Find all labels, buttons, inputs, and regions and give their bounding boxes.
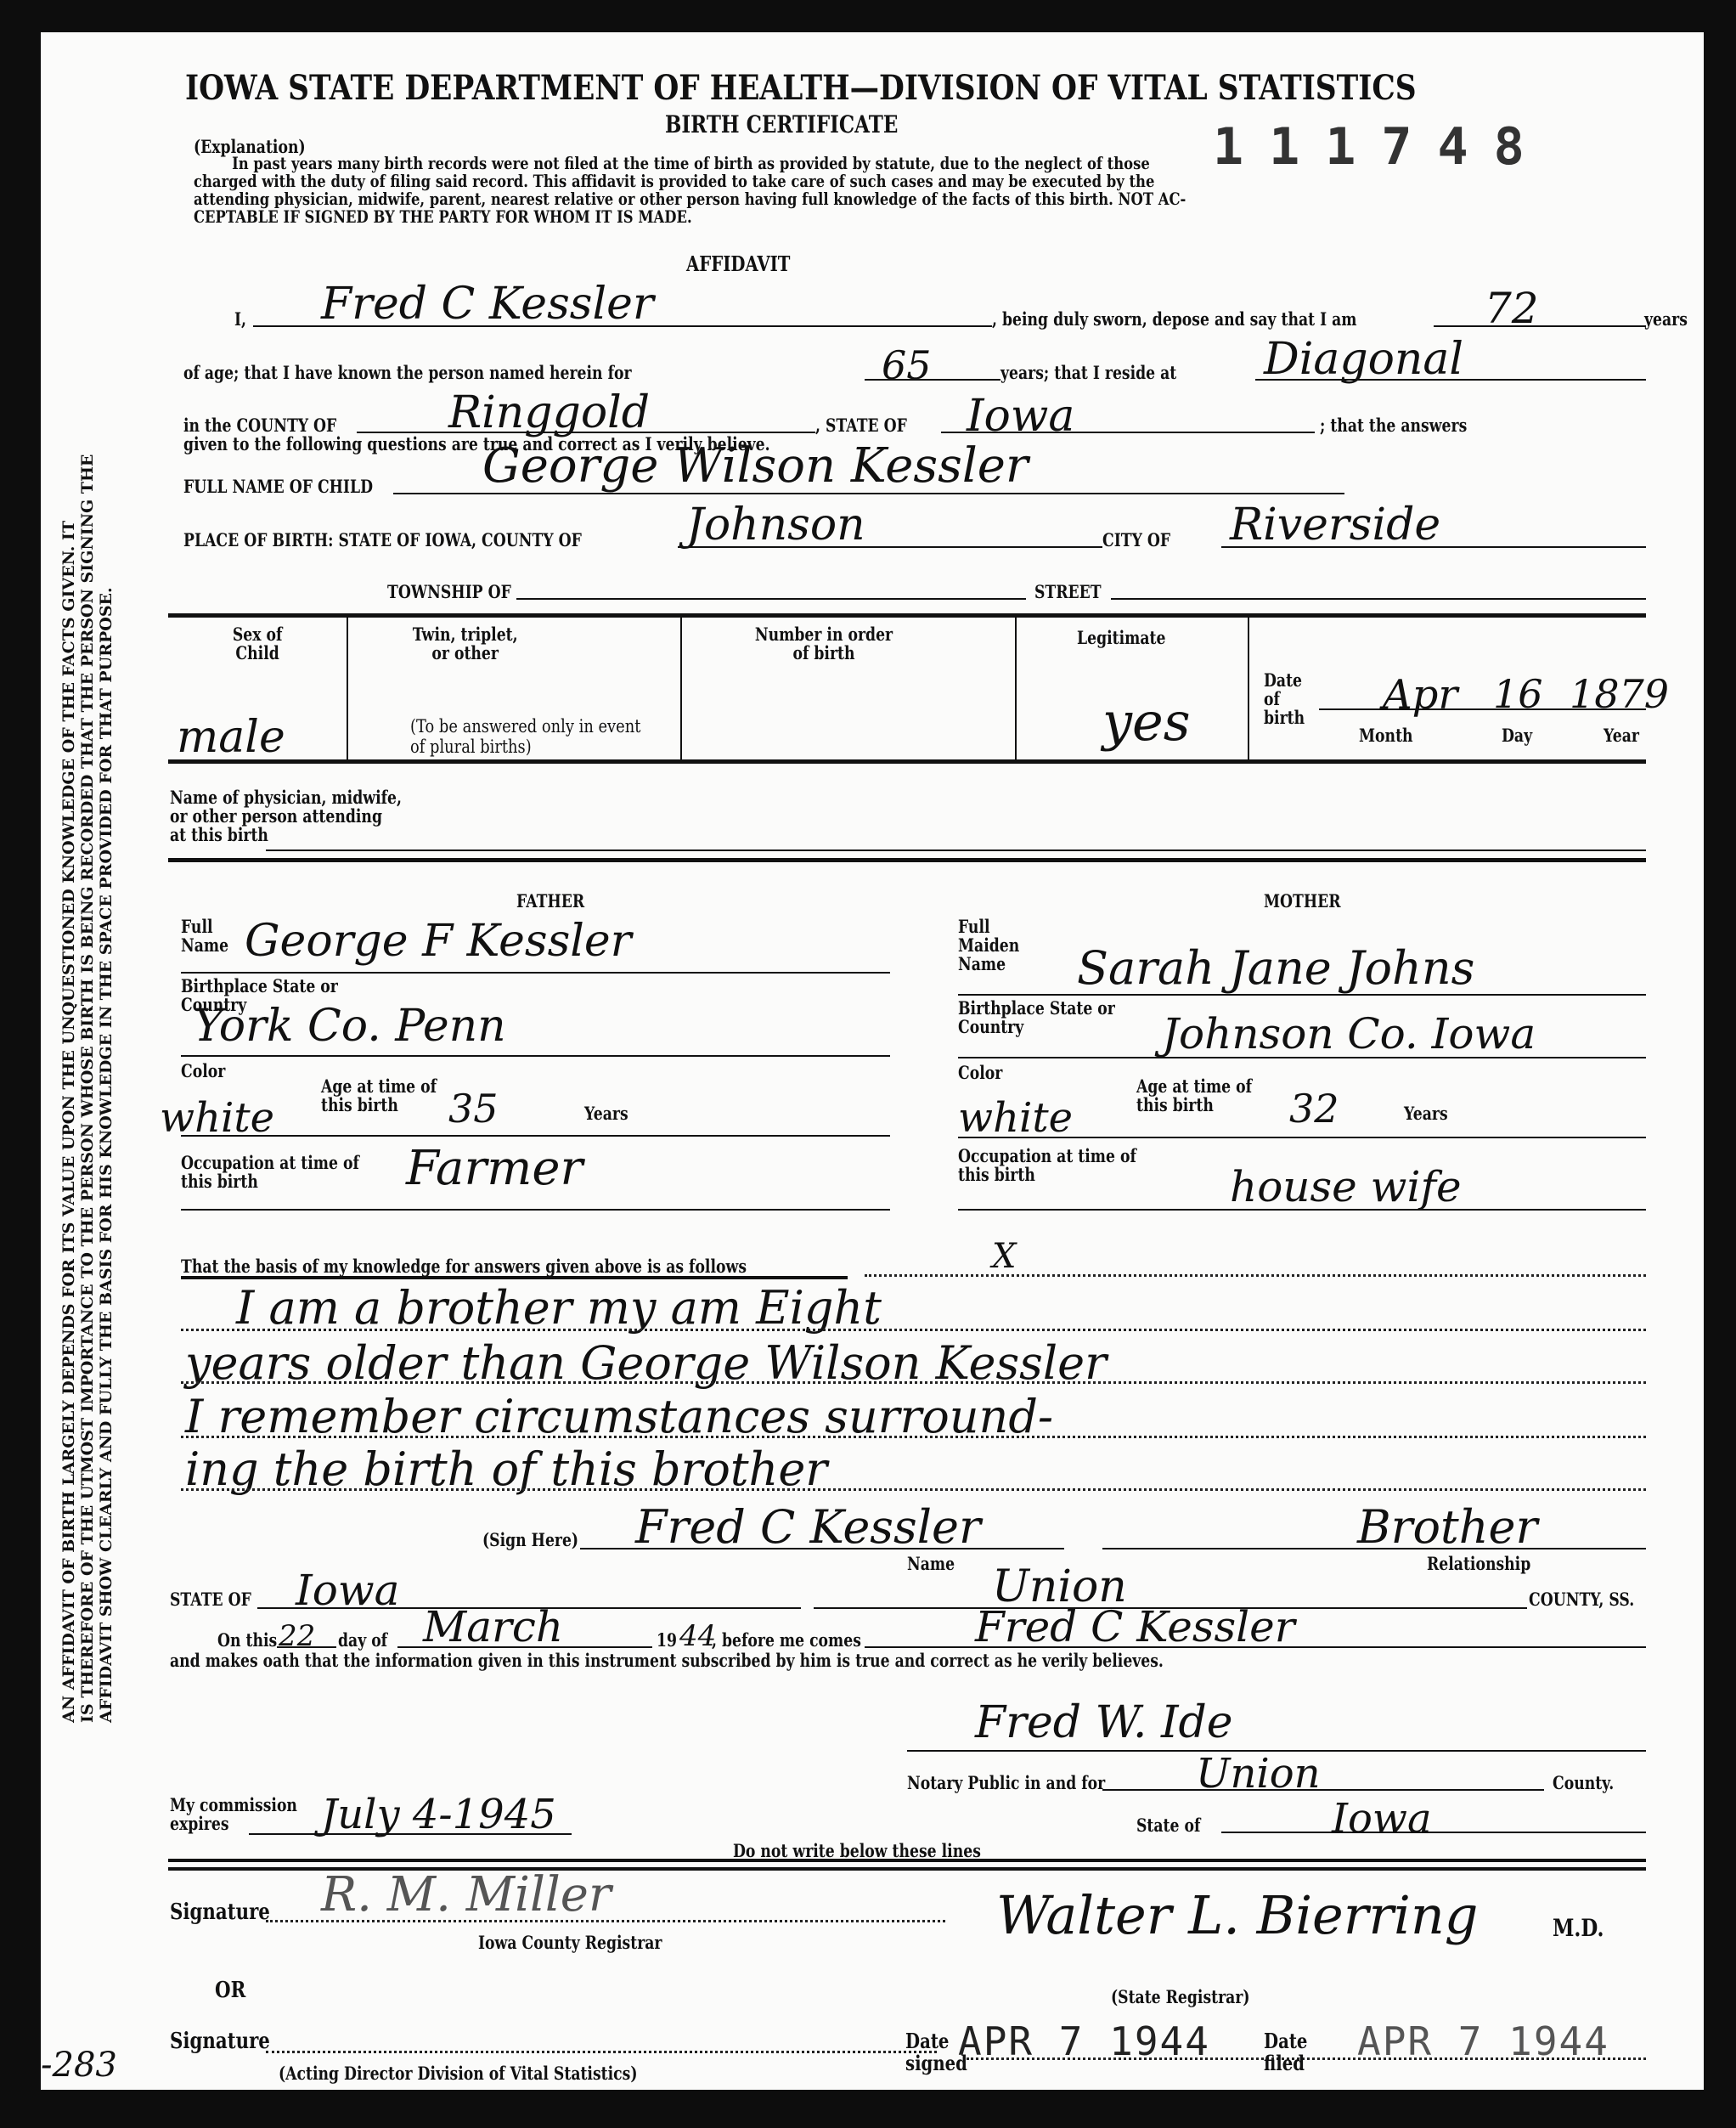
knowledge-label: That the basis of my knowledge for answe… xyxy=(181,1256,747,1277)
relationship-value[interactable]: Brother xyxy=(1357,1500,1537,1554)
explanation-line: charged with the duty of filing said rec… xyxy=(194,172,1677,190)
place-label: PLACE OF BIRTH: STATE OF IOWA, COUNTY OF xyxy=(183,529,582,550)
sex-label-text: Sex of Child xyxy=(219,625,296,663)
mother-color-label: Color xyxy=(958,1062,1002,1083)
physician-label-line: at this birth xyxy=(170,826,402,844)
years-known[interactable]: 65 xyxy=(882,342,932,388)
date-signed-stamp: APR 7 1944 xyxy=(958,2018,1210,2064)
knowledge-line-1[interactable]: I am a brother my am Eight xyxy=(236,1281,882,1335)
registrar-signature-label: Signature xyxy=(170,1899,270,1925)
day-label: Day xyxy=(1502,725,1532,746)
mother-name-label: Full Maiden Name xyxy=(958,917,1014,974)
father-occupation[interactable]: Farmer xyxy=(406,1141,583,1196)
oath-day[interactable]: 22 xyxy=(279,1619,315,1653)
director-signature-label: Signature xyxy=(170,2029,270,2054)
physician-label-line: Name of physician, midwife, xyxy=(170,788,402,807)
child-sex[interactable]: male xyxy=(177,712,285,763)
mother-birthplace[interactable]: Johnson Co. Iowa xyxy=(1162,1009,1536,1058)
state-label: , STATE OF xyxy=(815,415,907,436)
legitimate-value[interactable]: yes xyxy=(1102,691,1191,753)
date-filed-stamp: APR 7 1944 xyxy=(1357,2018,1609,2064)
margin-note: -283 xyxy=(41,2046,117,2085)
mother-occupation[interactable]: house wife xyxy=(1230,1162,1462,1211)
affiant-name[interactable]: Fred C Kessler xyxy=(321,279,654,330)
city-label: CITY OF xyxy=(1102,529,1170,550)
father-birthplace[interactable]: York Co. Penn xyxy=(194,1001,506,1052)
father-age[interactable]: 35 xyxy=(448,1086,499,1132)
child-full-name[interactable]: George Wilson Kessler xyxy=(482,438,1029,494)
answers-text: ; that the answers xyxy=(1320,415,1467,436)
affiant-signature[interactable]: Fred C Kessler xyxy=(635,1500,981,1554)
mother-color[interactable]: white xyxy=(958,1094,1073,1142)
residence[interactable]: Diagonal xyxy=(1264,334,1463,385)
reside-text: years; that I reside at xyxy=(1000,362,1176,383)
mother-occupation-label: Occupation at time of this birth xyxy=(958,1147,1139,1184)
side-note-line: AFFIDAVIT SHOW CLEARLY AND FULLY THE BAS… xyxy=(97,454,116,1723)
father-age-label: Age at time of this birth xyxy=(321,1077,447,1115)
notary-state[interactable]: Iowa xyxy=(296,1566,399,1615)
dob-month[interactable]: Apr xyxy=(1383,671,1457,719)
twin-label: Twin, triplet, or other xyxy=(406,625,524,663)
county-registrar-label: Iowa County Registrar xyxy=(478,1932,662,1953)
notary-for-county[interactable]: Union xyxy=(1196,1750,1321,1798)
father-name-label: Full Name xyxy=(181,917,223,955)
notary-state-of-label: State of xyxy=(1136,1815,1200,1836)
sworn-text: , being duly sworn, depose and say that … xyxy=(992,308,1357,330)
county-word: County. xyxy=(1553,1772,1614,1793)
acting-director-label: (Acting Director Division of Vital Stati… xyxy=(279,2063,638,2084)
mother-heading: MOTHER xyxy=(1264,890,1341,912)
twin-note: (To be answered only in event of plural … xyxy=(410,716,649,757)
known-text: of age; that I have known the person nam… xyxy=(183,362,632,383)
father-name[interactable]: George F Kessler xyxy=(245,916,632,967)
father-color-label: Color xyxy=(181,1060,225,1081)
date-signed-label: Date signed xyxy=(905,2030,947,2074)
commission-expires[interactable]: July 4-1945 xyxy=(321,1791,556,1838)
order-label-text: Number in order of birth xyxy=(754,625,893,663)
explanation-text: In past years many birth records were no… xyxy=(194,155,1677,226)
sex-label: Sex of Child xyxy=(219,625,296,663)
legit-label: Legitimate xyxy=(1077,627,1165,648)
mother-name[interactable]: Sarah Jane Johns xyxy=(1077,941,1474,995)
affiant-state[interactable]: Iowa xyxy=(967,391,1074,442)
mother-age[interactable]: 32 xyxy=(1289,1086,1339,1132)
date-filed-label: Date filed xyxy=(1264,2030,1305,2074)
signature-name-label: Name xyxy=(907,1553,955,1574)
dob-label: Date of birth xyxy=(1264,671,1312,727)
or-label: OR xyxy=(215,1978,245,2003)
side-note-line: IS THEREFORE OF THE UTMOST IMPORTANCE TO… xyxy=(78,454,97,1723)
birth-city[interactable]: Riverside xyxy=(1230,500,1440,550)
state-registrar-label: (State Registrar) xyxy=(1111,1986,1250,2007)
mother-age-label: Age at time of this birth xyxy=(1136,1077,1262,1115)
county-registrar-signature[interactable]: R. M. Miller xyxy=(321,1867,612,1922)
explanation-line: attending physician, midwife, parent, ne… xyxy=(194,190,1677,208)
side-note-line: AN AFFIDAVIT OF BIRTH LARGELY DEPENDS FO… xyxy=(59,454,78,1723)
oath-year[interactable]: 44 xyxy=(679,1619,716,1653)
month-label: Month xyxy=(1359,725,1413,746)
birth-county[interactable]: Johnson xyxy=(686,500,865,550)
notary-public-label: Notary Public in and for xyxy=(907,1772,1105,1793)
mother-birthplace-label: Birthplace State or Country xyxy=(958,999,1125,1036)
knowledge-mark: X xyxy=(992,1237,1016,1276)
father-years-label: Years xyxy=(584,1103,628,1124)
sign-here-label: (Sign Here) xyxy=(482,1529,578,1550)
oath-month[interactable]: March xyxy=(423,1602,563,1651)
i-label: I, xyxy=(234,308,246,330)
child-name-label: FULL NAME OF CHILD xyxy=(183,476,373,497)
on-this-label: On this xyxy=(217,1629,277,1651)
affiant-age[interactable]: 72 xyxy=(1485,284,1539,333)
oath-text: and makes oath that the information give… xyxy=(170,1650,1164,1671)
md-label: M.D. xyxy=(1553,1914,1604,1942)
before-me-label: , before me comes xyxy=(712,1629,861,1651)
dob-year[interactable]: 1879 xyxy=(1570,671,1669,717)
day-of-label: day of xyxy=(338,1629,387,1651)
affiant-county[interactable]: Ringgold xyxy=(448,387,650,438)
notary-signature[interactable]: Fred W. Ide xyxy=(975,1697,1233,1748)
physician-label-line: or other person attending xyxy=(170,807,402,826)
notary-state-value[interactable]: Iowa xyxy=(1332,1795,1432,1843)
oath-year-prefix: 19 xyxy=(657,1629,677,1651)
county-ss-label: COUNTY, SS. xyxy=(1529,1589,1634,1610)
street-label: STREET xyxy=(1034,581,1102,602)
dob-day[interactable]: 16 xyxy=(1493,671,1543,717)
physician-label: Name of physician, midwife, or other per… xyxy=(170,788,402,844)
order-label: Number in order of birth xyxy=(754,625,893,663)
mother-years-label: Years xyxy=(1404,1103,1448,1124)
twin-label-text: Twin, triplet, or other xyxy=(406,625,524,663)
affidavit-heading: AFFIDAVIT xyxy=(686,251,790,276)
side-note: AN AFFIDAVIT OF BIRTH LARGELY DEPENDS FO… xyxy=(59,454,116,1723)
father-occupation-label: Occupation at time of this birth xyxy=(181,1154,362,1191)
notary-state-label: STATE OF xyxy=(170,1589,251,1610)
township-label: TOWNSHIP OF xyxy=(387,581,511,602)
explanation-line: CEPTABLE IF SIGNED BY THE PARTY FOR WHOM… xyxy=(194,208,1677,226)
document-title: IOWA STATE DEPARTMENT OF HEALTH—DIVISION… xyxy=(185,68,1417,108)
state-registrar-signature[interactable]: Walter L. Bierring xyxy=(996,1884,1478,1946)
relationship-label: Relationship xyxy=(1427,1553,1530,1574)
explanation-line: In past years many birth records were no… xyxy=(194,155,1677,172)
commission-label: My commission expires xyxy=(170,1796,302,1833)
year-label: Year xyxy=(1604,725,1639,746)
comes-name[interactable]: Fred C Kessler xyxy=(975,1602,1295,1651)
birth-certificate-page: AN AFFIDAVIT OF BIRTH LARGELY DEPENDS FO… xyxy=(41,32,1704,2090)
father-heading: FATHER xyxy=(516,890,584,912)
years-label: years xyxy=(1644,308,1688,330)
document-subtitle: BIRTH CERTIFICATE xyxy=(665,110,898,138)
